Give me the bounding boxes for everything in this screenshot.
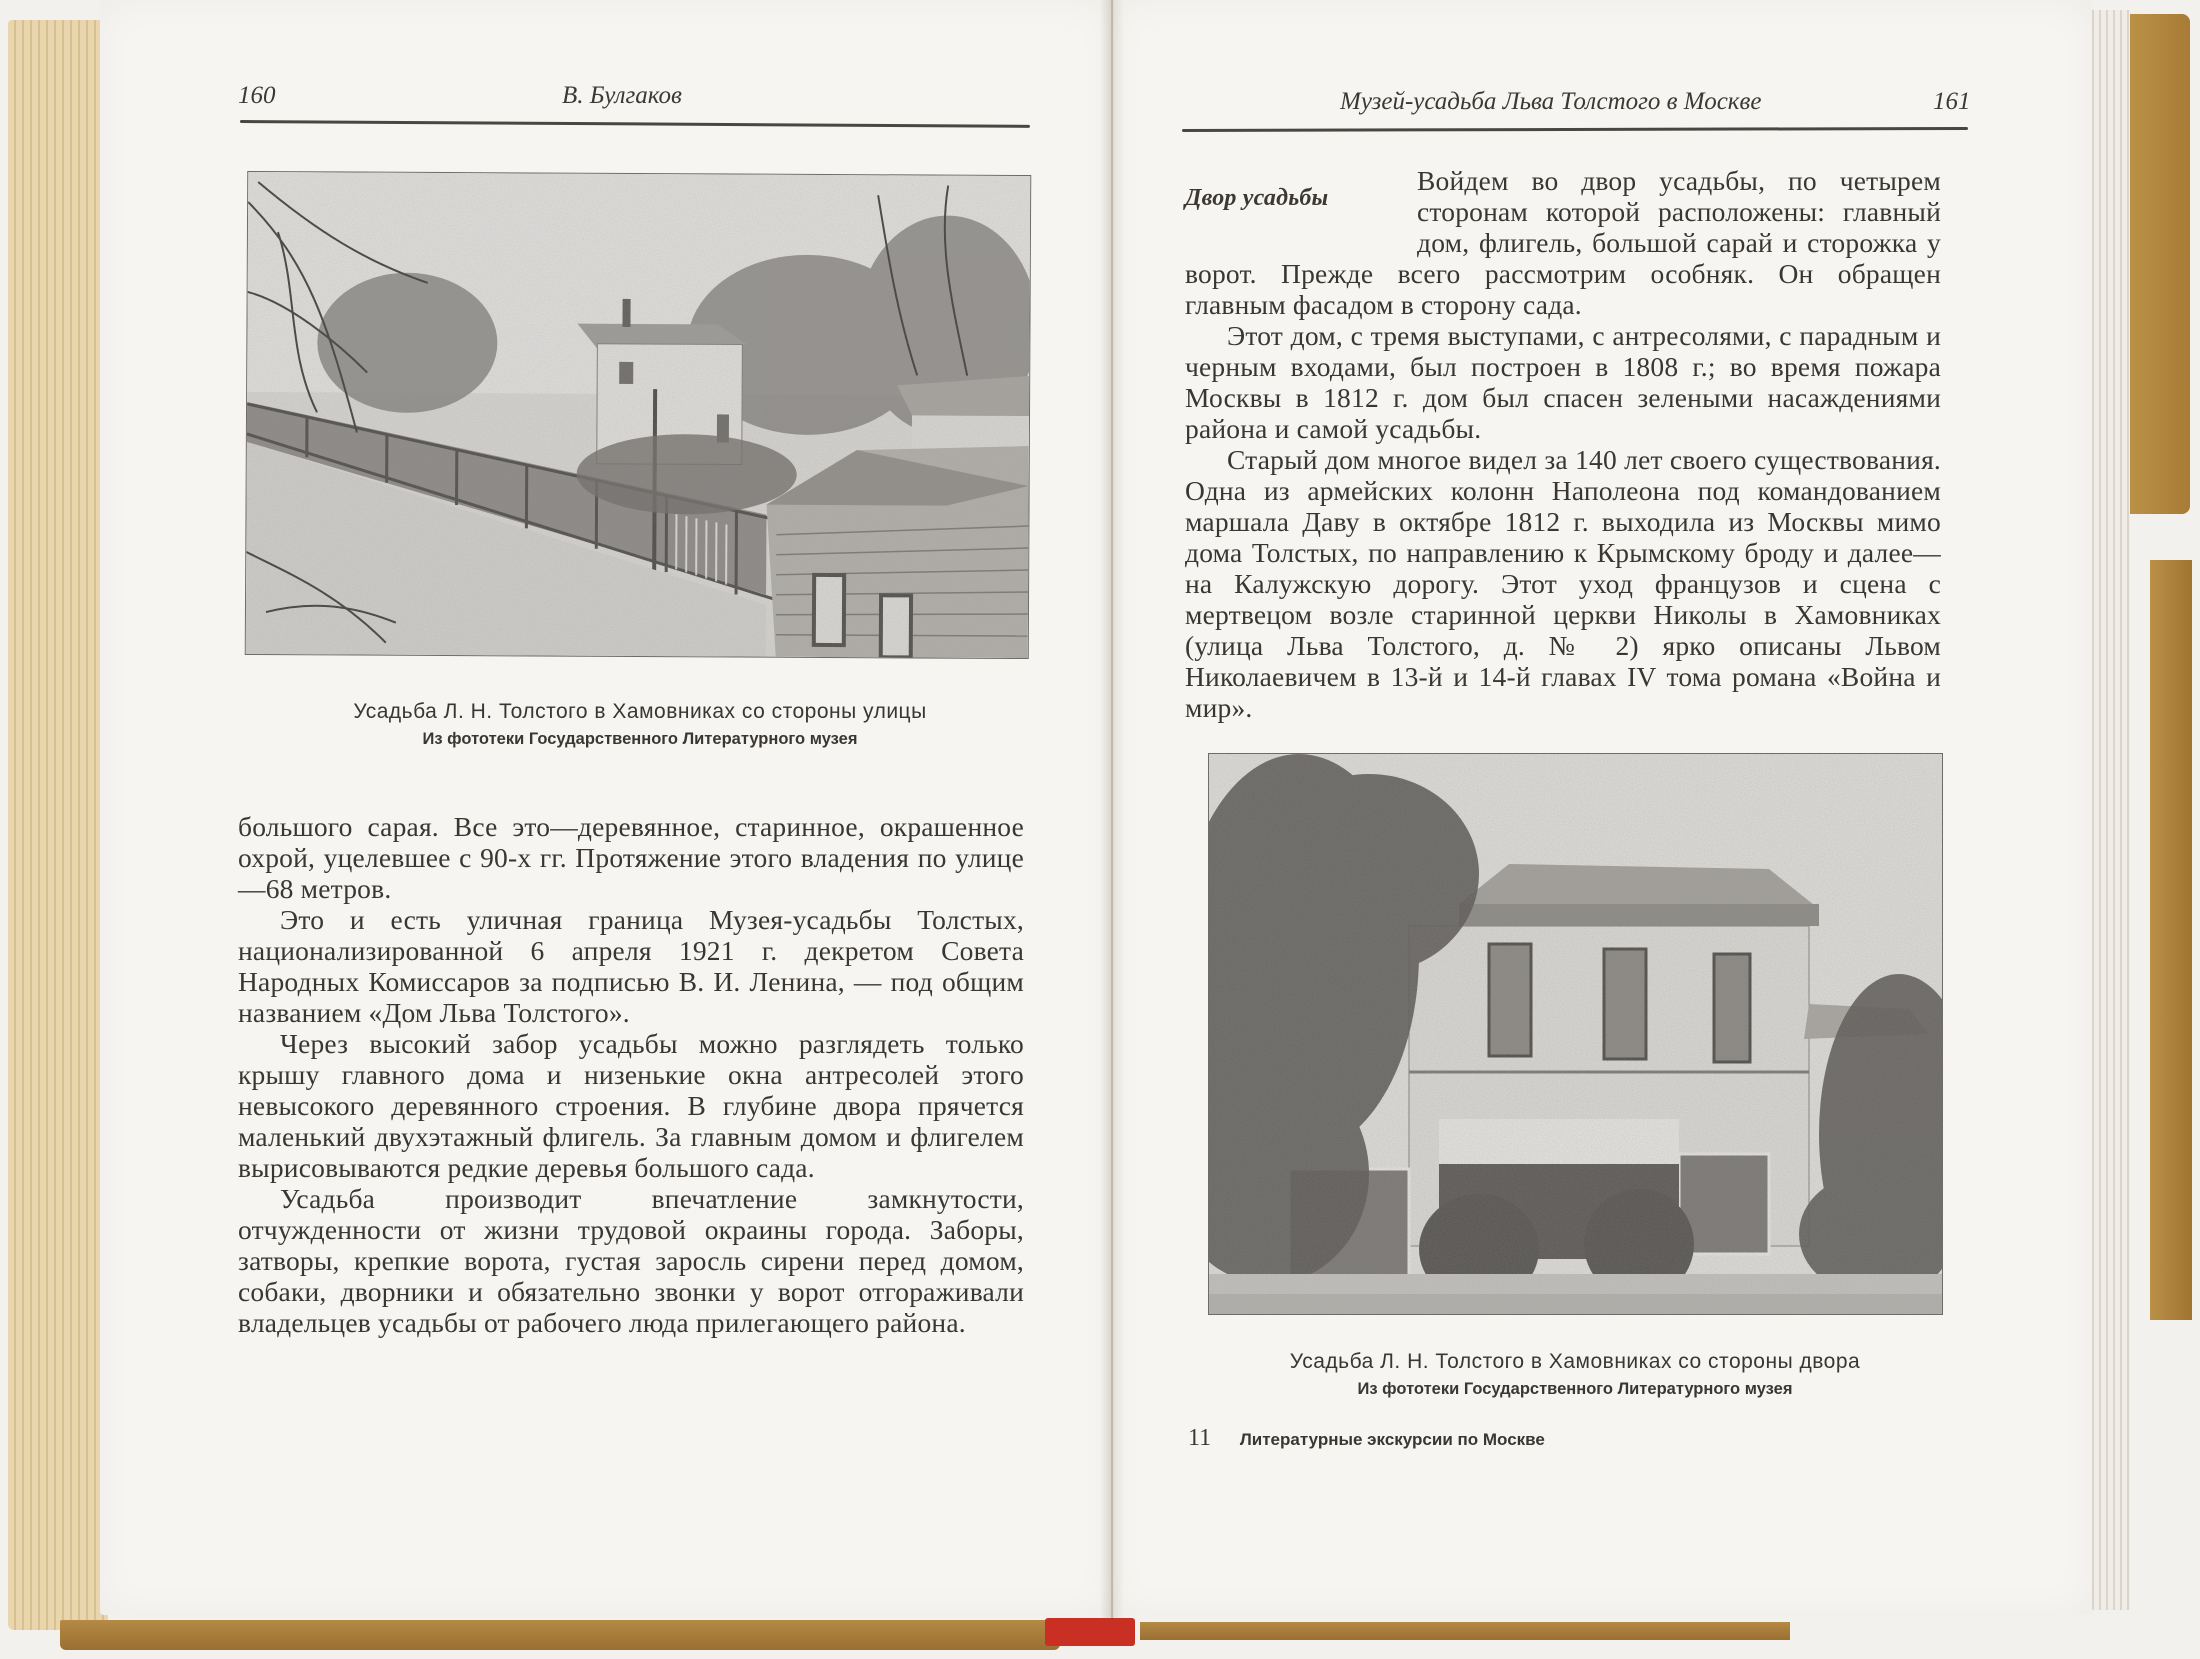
paragraph: большого сарая. Все это—деревянное, стар…	[238, 811, 1024, 904]
signature-number: 11	[1188, 1425, 1211, 1451]
paragraph: Через высокий забор усадьбы можно разгля…	[238, 1028, 1024, 1183]
caption-title: Усадьба Л. Н. Толстого в Хамовниках со с…	[1215, 1350, 1935, 1374]
paragraph: Усадьба производит впечатление замкнутос…	[238, 1183, 1024, 1338]
running-head-title: Музей-усадьба Льва Толстого в Москве	[1340, 88, 1761, 116]
page-number-left: 160	[238, 82, 276, 110]
courtyard-photo	[1208, 753, 1943, 1315]
cover-edge-bottom-right	[1140, 1622, 1790, 1640]
paragraph: Это и есть уличная граница Музея-усадьбы…	[238, 904, 1024, 1028]
courtyard-image	[1209, 754, 1942, 1314]
street-view-photo	[245, 171, 1032, 659]
page-edges-left	[8, 20, 108, 1630]
side-heading: Двор усадьбы	[1185, 165, 1417, 245]
running-head-author: В. Булгаков	[562, 82, 682, 110]
left-body-text: большого сарая. Все это—деревянное, стар…	[238, 811, 1024, 1338]
caption-title: Усадьба Л. Н. Толстого в Хамовниках со с…	[260, 700, 1020, 724]
bookmark-ribbon	[1045, 1618, 1135, 1646]
page-number-right: 161	[1933, 88, 1971, 116]
signature-title: Литературные экскурсии по Москве	[1240, 1430, 1545, 1449]
figure-caption-left: Усадьба Л. Н. Толстого в Хамовниках со с…	[260, 700, 1020, 749]
cover-edge-bottom	[60, 1620, 1060, 1650]
caption-credit: Из фототеки Государственного Литературно…	[260, 730, 1020, 749]
paragraph: Этот дом, с тремя выступами, с антресоля…	[1185, 320, 1941, 444]
caption-credit: Из фототеки Государственного Литературно…	[1215, 1380, 1935, 1399]
figure-caption-right: Усадьба Л. Н. Толстого в Хамовниках со с…	[1215, 1350, 1935, 1399]
right-body-text: Двор усадьбы Войдем во двор усадьбы, по …	[1185, 165, 1941, 723]
printer-signature: 11 Литературные экскурсии по Москве	[1188, 1425, 1545, 1452]
cover-edge-right-lower	[2150, 560, 2192, 1320]
book-gutter	[1100, 0, 1124, 1620]
street-view-image	[246, 172, 1031, 658]
paragraph: Старый дом многое видел за 140 лет своег…	[1185, 444, 1941, 723]
